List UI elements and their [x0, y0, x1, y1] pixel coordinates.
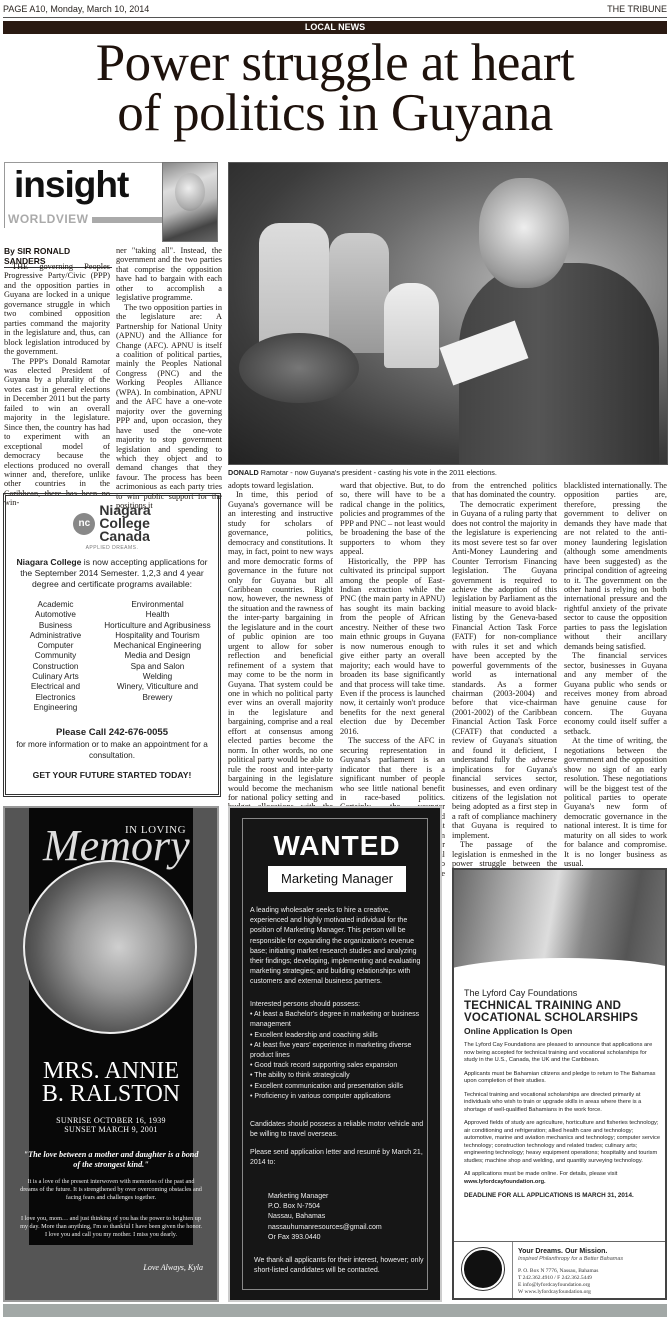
lyford-headline: TECHNICAL TRAINING AND VOCATIONAL SCHOLA… — [464, 1000, 665, 1024]
email-link[interactable]: nassauhumanresources@gmail.com — [268, 1223, 444, 1233]
niagara-logo-name: Niagara College Canada — [99, 504, 150, 543]
programs-list: Academic Automotive Business Administrat… — [10, 600, 214, 713]
requirement-item: Excellent communication and presentation… — [250, 1082, 426, 1092]
ad-lyford-cay: The Lyford Cay Foundations TECHNICAL TRA… — [452, 868, 667, 1300]
paragraph: ward that objective. But, to do so, ther… — [340, 481, 445, 557]
wanted-position: Marketing Manager — [268, 866, 406, 892]
lyford-online: All applications must be made online. Fo… — [464, 1171, 660, 1186]
program-item: Construction — [10, 662, 101, 672]
memorial-text: It is a love of the present interwoven w… — [19, 1178, 203, 1203]
program-item: Mechanical Engineering — [101, 641, 214, 651]
intro-bold: Niagara College — [16, 557, 81, 567]
wanted-intro: A leading wholesaler seeks to hire a cre… — [250, 906, 426, 988]
sunrise-date: SUNRISE OCTOBER 16, 1939 — [29, 1116, 193, 1125]
contact-line: T 242.362.4910 / F 242.362.5449 — [518, 1275, 598, 1282]
column-logo: insight — [14, 166, 128, 204]
news-photo — [228, 162, 668, 465]
address-line: Nassau, Bahamas — [268, 1212, 444, 1222]
program-item: Administrative — [10, 631, 101, 641]
lyford-contact: P. O. Box N 7776, Nassau, Bahamas T 242.… — [518, 1268, 598, 1296]
palm-tree-logo-icon — [462, 1248, 504, 1290]
paragraph: The Lyford Cay Foundations are pleased t… — [464, 1042, 660, 1065]
ad-memorial: Memory IN LOVING MRS. ANNIE B. RALSTON S… — [3, 806, 219, 1302]
program-item: Academic — [10, 600, 101, 610]
wanted-title: WANTED — [230, 830, 444, 862]
requirement-item: Excellent leadership and coaching skills — [250, 1031, 426, 1041]
lyford-deadline: DEADLINE FOR ALL APPLICATIONS IS MARCH 3… — [464, 1192, 660, 1200]
program-item: Health — [101, 610, 214, 620]
contact-line: P. O. Box N 7776, Nassau, Bahamas — [518, 1268, 598, 1275]
newspaper-name: THE TRIBUNE — [607, 4, 667, 14]
article-column-2: ner "taking all". Instead, the governmen… — [116, 246, 222, 511]
paragraph: from the entrenched politics that has do… — [452, 481, 557, 500]
sunset-date: SUNSET MARCH 9, 2001 — [29, 1125, 193, 1134]
memorial-signature: Love Always, Kyla — [143, 1263, 203, 1272]
ad-wanted: WANTED Marketing Manager A leading whole… — [228, 806, 442, 1302]
footer-bar — [3, 1304, 667, 1317]
online-text: All applications must be made online. Fo… — [464, 1171, 617, 1177]
name-line: B. RALSTON — [29, 1083, 193, 1106]
program-item: Environmental — [101, 600, 214, 610]
caption-lead: DONALD — [228, 468, 259, 477]
niagara-more-info: for more information or to make an appoi… — [10, 740, 214, 761]
niagara-phone: Please Call 242-676-0055 — [10, 727, 214, 738]
author-head — [175, 173, 205, 211]
paragraph: The democratic experiment in Guyana of a… — [452, 500, 557, 840]
memorial-in-loving: IN LOVING — [125, 824, 186, 836]
headline-line-1: Power struggle at heart — [0, 38, 670, 88]
address-line: Marketing Manager — [268, 1192, 444, 1202]
page-folio: PAGE A10, Monday, March 10, 2014 — [3, 4, 149, 14]
memorial-name: MRS. ANNIE B. RALSTON — [29, 1060, 193, 1106]
paragraph: adopts toward legislation. — [228, 481, 333, 490]
lyford-mission-tag: Inspired Philanthropy for a Better Baham… — [518, 1256, 623, 1262]
requirement-item: Proficiency in various computer applicat… — [250, 1092, 426, 1102]
paragraph: In time, this period of Guyana's governa… — [228, 490, 333, 830]
niagara-cta: GET YOUR FUTURE STARTED TODAY! — [10, 770, 214, 780]
author-photo — [162, 162, 218, 242]
program-item: Electrical and Electronics — [10, 682, 101, 703]
wanted-address: Marketing Manager P.O. Box N-7504 Nassau… — [268, 1192, 444, 1243]
sublogo-bar — [92, 217, 162, 223]
memorial-dates: SUNRISE OCTOBER 16, 1939 SUNSET MARCH 9,… — [29, 1116, 193, 1134]
address-line: Or Fax 393.0440 — [268, 1233, 444, 1243]
address-line: P.O. Box N-7504 — [268, 1202, 444, 1212]
programs-left: Academic Automotive Business Administrat… — [10, 600, 101, 713]
wanted-vehicle: Candidates should possess a reliable mot… — [250, 1120, 426, 1140]
program-item: Spa and Salon — [101, 662, 214, 672]
article-column-1: THE governing Peoples Progressive Party/… — [4, 262, 110, 508]
paragraph: Technical training and vocational schola… — [464, 1092, 660, 1115]
program-item: Culinary Arts — [10, 672, 101, 682]
logo-word: Canada — [99, 530, 150, 543]
name-line: MRS. ANNIE — [29, 1060, 193, 1083]
lyford-mission: Your Dreams. Our Mission. — [518, 1248, 607, 1255]
requirement-item: At least five years' experience in marke… — [250, 1041, 426, 1061]
lyford-subhead: Online Application Is Open — [464, 1026, 572, 1036]
requirements-heading: Interested persons should possess: — [250, 1000, 426, 1010]
program-item: Brewery — [101, 693, 214, 703]
paragraph: Approved fields of study are agriculture… — [464, 1120, 660, 1165]
program-item: Media and Design — [101, 651, 214, 661]
program-item: Hospitality and Tourism — [101, 631, 214, 641]
niagara-tagline: APPLIED DREAMS. — [10, 545, 214, 551]
niagara-intro: Niagara College is now accepting applica… — [10, 557, 214, 590]
paragraph: The two opposition parties in the legisl… — [116, 303, 222, 511]
photo-figure — [239, 333, 359, 403]
requirements-list: At least a Bachelor's degree in marketin… — [250, 1010, 426, 1102]
photo-figure — [479, 178, 569, 288]
program-item: Automotive — [10, 610, 101, 620]
column-sublogo: WORLDVIEW — [8, 212, 89, 226]
paragraph: THE governing Peoples Progressive Party/… — [4, 262, 110, 357]
contact-email[interactable]: E info@lyfordcayfoundation.org — [518, 1282, 598, 1289]
photo-figure — [329, 233, 389, 353]
wanted-thanks: We thank all applicants for their intere… — [254, 1256, 430, 1276]
program-item: Engineering — [10, 703, 101, 713]
program-item: Business — [10, 621, 101, 631]
wanted-send: Please send application letter and resum… — [250, 1148, 426, 1168]
paragraph: At the time of writing, the negotiations… — [564, 736, 667, 868]
lyford-footer: Your Dreams. Our Mission. Inspired Phila… — [454, 1241, 667, 1300]
requirement-item: Good track record supporting sales expan… — [250, 1061, 426, 1071]
header-rule — [3, 17, 667, 18]
paragraph: Applicants must be Bahamian citizens and… — [464, 1071, 660, 1086]
section-label: LOCAL NEWS — [3, 21, 667, 34]
paragraph: blacklisted internationally. The opposit… — [564, 481, 667, 651]
programs-right: Environmental Health Horticulture and Ag… — [101, 600, 214, 713]
paragraph: Historically, the PPP has cultivated its… — [340, 557, 445, 737]
lyford-org: The Lyford Cay Foundations — [464, 988, 577, 998]
paragraph: The PPP's Donald Ramotar was elected Pre… — [4, 357, 110, 508]
requirement-item: At least a Bachelor's degree in marketin… — [250, 1010, 426, 1030]
program-item: Horticulture and Agribusiness — [101, 621, 214, 631]
program-item: Welding — [101, 672, 214, 682]
paragraph: ner "taking all". Instead, the governmen… — [116, 246, 222, 303]
lyford-url-link[interactable]: www.lyfordcayfoundation.org. — [464, 1179, 546, 1185]
niagara-logo: nc Niagara College Canada — [10, 504, 214, 543]
memorial-quote: "The love between a mother and daughter … — [23, 1150, 199, 1170]
memorial-text: I love you, mom… and just thinking of yo… — [19, 1215, 203, 1240]
photo-caption: DONALD Ramotar - now Guyana's president … — [228, 468, 497, 477]
wanted-requirements: Interested persons should possess: At le… — [250, 1000, 426, 1102]
program-item: Winery, Viticulture and — [101, 682, 214, 692]
article-headline: Power struggle at heart of politics in G… — [0, 38, 670, 138]
contact-website[interactable]: W www.lyfordcayfoundation.org — [518, 1289, 598, 1296]
program-item: Computer — [10, 641, 101, 651]
paragraph: The financial services sector, businesse… — [564, 651, 667, 736]
memorial-portrait — [23, 860, 197, 1034]
headline-line-2: of politics in Guyana — [0, 88, 670, 138]
program-item: Community — [10, 651, 101, 661]
ad-niagara-college: nc Niagara College Canada APPLIED DREAMS… — [3, 493, 221, 797]
lyford-body: The Lyford Cay Foundations are pleased t… — [464, 1042, 660, 1206]
footer-divider — [512, 1242, 513, 1300]
nc-logo-icon: nc — [73, 513, 95, 535]
caption-text: Ramotar - now Guyana's president - casti… — [259, 468, 497, 477]
photo-figure — [384, 283, 439, 368]
requirement-item: The ability to think strategically — [250, 1071, 426, 1081]
